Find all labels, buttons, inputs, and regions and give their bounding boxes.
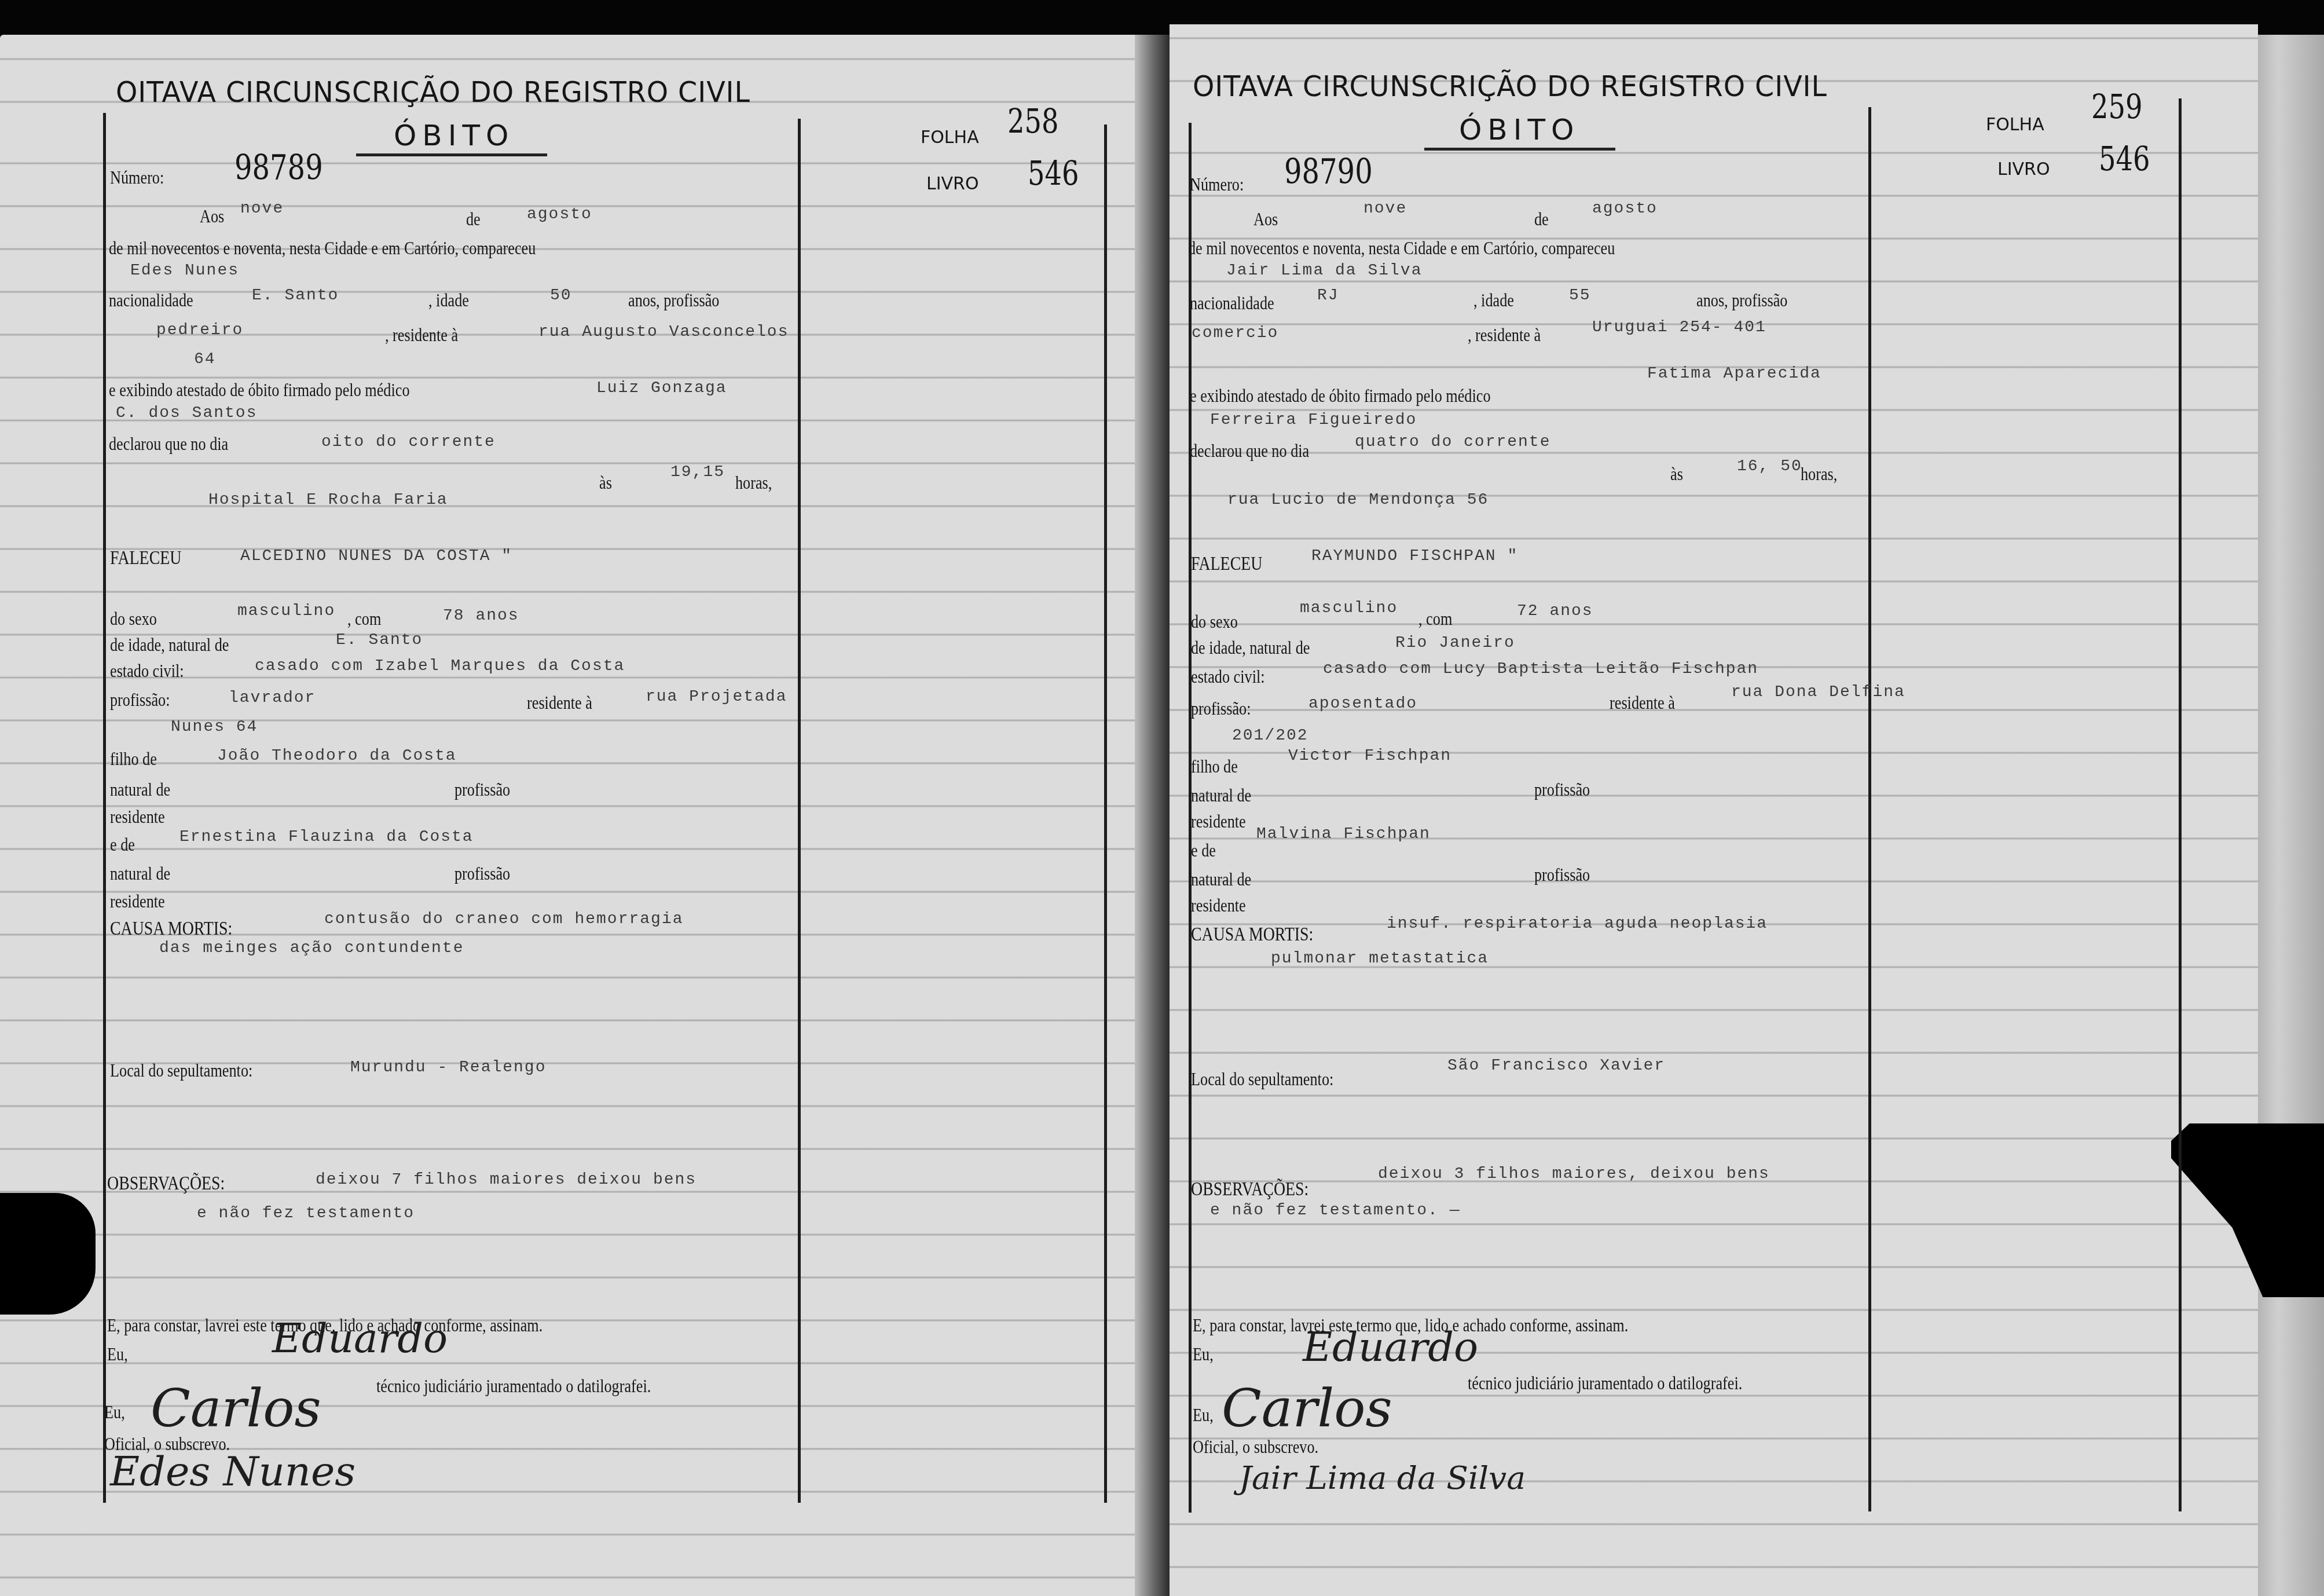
profissao-falecido-value: aposentado [1308, 695, 1417, 713]
declarant-value: Edes Nunes [130, 262, 239, 280]
declarant-signature: Jair Lima da Silva [1239, 1459, 1526, 1496]
faleceu-label: FALECEU [1191, 553, 1262, 575]
eu-label-1: Eu, [1193, 1344, 1214, 1365]
book-gutter [1135, 35, 1170, 1596]
horas-label: horas, [1801, 463, 1837, 485]
mae-natural-label: natural de [1191, 869, 1251, 890]
atestado-label: e exibindo atestado de óbito firmado pel… [1190, 385, 1491, 407]
profissao-value: pedreiro [156, 321, 243, 339]
naturalidade-value: Rio Janeiro [1395, 634, 1515, 652]
declarant-value: Jair Lima da Silva [1226, 262, 1422, 280]
year-line: de mil novecentos e noventa, nesta Cidad… [1188, 237, 1615, 259]
profissao-falecido-label: profissão: [1191, 698, 1251, 719]
naturalidade-value: E. Santo [336, 631, 423, 649]
left-column-rule [798, 119, 801, 1503]
dia-obito-value: oito do corrente [321, 433, 496, 451]
filho-de-label: filho de [1191, 756, 1238, 777]
right-outer-rule [2179, 98, 2182, 1511]
day-value: nove [240, 200, 284, 218]
mae-value: Malvina Fischpan [1256, 825, 1431, 843]
e-de-label: e de [1191, 840, 1216, 861]
numero-label: Número: [1190, 174, 1244, 195]
anos-profissao-label: anos, profissão [628, 290, 719, 311]
pai-residente-label: residente [110, 806, 165, 828]
pai-natural-label: natural de [110, 779, 170, 800]
typist-signature: Eduardo [1303, 1323, 1478, 1371]
profissao-falecido-label: profissão: [110, 689, 170, 711]
sepultamento-label: Local do sepultamento: [110, 1060, 252, 1081]
aos-label: Aos [1253, 208, 1278, 230]
residencia-value: rua Augusto Vasconcelos [538, 323, 789, 341]
anos-profissao-label: anos, profissão [1696, 290, 1787, 311]
mae-natural-label: natural de [110, 863, 170, 884]
oficial-text: Oficial, o subscrevo. [1193, 1436, 1318, 1458]
faleceu-label: FALECEU [110, 547, 181, 569]
typist-signature: Eduardo [272, 1315, 448, 1362]
observacoes-label: OBSERVAÇÕES: [1191, 1178, 1308, 1200]
mae-value: Ernestina Flauzina da Costa [179, 828, 474, 846]
residencia-falecido-value: rua Dona Delfina [1731, 683, 1905, 701]
profissao-value: comercio [1192, 324, 1278, 342]
title-underline [1424, 148, 1615, 151]
residente-label: , residente à [1468, 324, 1541, 346]
com-label: , com [1418, 608, 1452, 629]
obs-value-2: e não fez testamento [197, 1205, 415, 1222]
causa-value-1: contusão do craneo com hemorragia [324, 910, 684, 928]
title-underline [356, 153, 547, 156]
right-column-rule [1868, 107, 1871, 1511]
sexo-value: masculino [1300, 599, 1398, 617]
residencia-value: Uruguai 254- 401 [1592, 319, 1766, 336]
sepultamento-label: Local do sepultamento: [1191, 1068, 1333, 1090]
idade-label: , idade [1473, 290, 1514, 311]
header-title: OITAVA CIRCUNSCRIÇÃO DO REGISTRO CIVIL [1193, 69, 1827, 103]
e-de-label: e de [110, 834, 135, 855]
tecnico-text: técnico judiciário juramentado o datilog… [1468, 1372, 1742, 1394]
causa-mortis-label: CAUSA MORTIS: [1191, 924, 1313, 946]
eu-label-1: Eu, [107, 1344, 128, 1365]
obs-value-2: e não fez testamento. — [1210, 1202, 1460, 1220]
causa-value-1: insuf. respiratoria aguda neoplasia [1387, 915, 1768, 933]
record-number: 98789 [234, 148, 323, 188]
de-label: de [1534, 208, 1549, 230]
month-value: agosto [1592, 200, 1658, 218]
idade-falecido-value: 78 anos [443, 607, 519, 625]
natural-label: de idade, natural de [1191, 637, 1310, 658]
falecido-value: ALCEDINO NUNES DA COSTA " [240, 547, 512, 565]
record-number: 98790 [1284, 152, 1373, 192]
as-label: às [599, 472, 612, 493]
sexo-value: masculino [237, 602, 335, 620]
obito-title: ÓBITO [1459, 113, 1579, 147]
declarou-label: declarou que no dia [109, 433, 228, 455]
livro-number: 546 [1028, 153, 1079, 193]
numero-label: Número: [110, 167, 164, 188]
page-edge [2258, 35, 2324, 1596]
as-label: às [1670, 463, 1683, 485]
dia-obito-value: quatro do corrente [1355, 433, 1550, 451]
nacionalidade-value: E. Santo [252, 287, 339, 305]
month-value: agosto [527, 206, 592, 224]
causa-mortis-label: CAUSA MORTIS: [110, 918, 232, 940]
observacoes-label: OBSERVAÇÕES: [107, 1173, 225, 1195]
day-value: nove [1363, 200, 1407, 218]
causa-value-2: pulmonar metastatica [1271, 950, 1489, 968]
estado-civil-value: casado com Lucy Baptista Leitão Fischpan [1323, 660, 1758, 678]
mae-residente-label: residente [110, 891, 165, 912]
obito-title: ÓBITO [394, 119, 514, 152]
left-margin-rule [103, 113, 106, 1503]
eu-label-2: Eu, [104, 1401, 125, 1423]
estado-civil-value: casado com Izabel Marques da Costa [255, 657, 625, 675]
folha-number: 259 [2091, 87, 2143, 126]
aos-label: Aos [200, 206, 224, 227]
year-line: de mil novecentos e noventa, nesta Cidad… [109, 237, 536, 259]
livro-number: 546 [2099, 139, 2150, 178]
sexo-label: do sexo [1191, 611, 1238, 632]
pai-natural-label: natural de [1191, 785, 1251, 806]
de-label: de [466, 208, 481, 230]
sexo-label: do sexo [110, 608, 157, 629]
medico-value-1: Luiz Gonzaga [596, 379, 727, 397]
residencia-number: 64 [194, 350, 216, 368]
com-label: , com [347, 608, 381, 629]
left-thumb [0, 1193, 96, 1315]
pai-residente-label: residente [1191, 811, 1246, 832]
residencia-falecido-value-2: 201/202 [1232, 727, 1308, 745]
hora-value: 19,15 [670, 463, 725, 481]
official-signature: Carlos [1222, 1378, 1392, 1439]
folha-number: 258 [1007, 101, 1059, 141]
mae-profissao-label: profissão [1534, 864, 1590, 885]
hora-value: 16, 50 [1737, 457, 1802, 475]
nacionalidade-value: RJ [1317, 287, 1339, 305]
local-obito-value: rua Lucio de Mendonça 56 [1227, 491, 1489, 509]
mae-residente-label: residente [1191, 895, 1246, 916]
estado-civil-label: estado civil: [110, 660, 184, 682]
declarant-signature: Edes Nunes [110, 1448, 355, 1495]
folha-label: FOLHA [921, 127, 979, 148]
medico-value-2: C. dos Santos [116, 404, 257, 422]
declarou-label: declarou que no dia [1190, 440, 1309, 462]
obs-value-1: deixou 3 filhos maiores, deixou bens [1378, 1165, 1770, 1183]
estado-civil-label: estado civil: [1191, 666, 1265, 687]
sepultamento-value: Murundu - Realengo [350, 1059, 546, 1077]
causa-value-2: das meinges ação contundente [159, 939, 464, 957]
falecido-value: RAYMUNDO FISCHPAN " [1311, 547, 1518, 565]
idade-label: , idade [428, 290, 469, 311]
left-outer-rule [1104, 125, 1107, 1503]
obs-value-1: deixou 7 filhos maiores deixou bens [316, 1171, 697, 1189]
official-signature: Carlos [151, 1378, 321, 1439]
medico-value-2: Ferreira Figueiredo [1210, 411, 1417, 429]
medico-value-1: Fatima Aparecida [1647, 365, 1821, 383]
nacionalidade-label: nacionalidade [109, 290, 193, 311]
sepultamento-value: São Francisco Xavier [1447, 1057, 1665, 1075]
horas-label: horas, [735, 472, 772, 493]
pai-profissao-label: profissão [1534, 779, 1590, 800]
residente-falecido-label: residente à [1610, 692, 1675, 713]
idade-value: 50 [550, 287, 572, 305]
pai-profissao-label: profissão [454, 779, 510, 800]
filho-de-label: filho de [110, 748, 157, 770]
nacionalidade-label: nacionalidade [1190, 292, 1274, 314]
idade-value: 55 [1569, 287, 1591, 305]
livro-label: LIVRO [926, 174, 979, 194]
pai-value: João Theodoro da Costa [217, 747, 457, 765]
tecnico-text: técnico judiciário juramentado o datilog… [376, 1375, 651, 1397]
pai-value: Victor Fischpan [1288, 747, 1451, 765]
profissao-falecido-value: lavrador [229, 689, 316, 707]
atestado-label: e exibindo atestado de óbito firmado pel… [109, 379, 410, 401]
header-title: OITAVA CIRCUNSCRIÇÃO DO REGISTRO CIVIL [116, 75, 750, 109]
residente-label: , residente à [385, 324, 458, 346]
livro-label: LIVRO [1997, 159, 2050, 180]
residencia-falecido-value-2: Nunes 64 [171, 718, 258, 736]
natural-label: de idade, natural de [110, 634, 229, 656]
idade-falecido-value: 72 anos [1517, 602, 1593, 620]
residente-falecido-label: residente à [527, 692, 592, 713]
folha-label: FOLHA [1986, 115, 2044, 135]
local-obito-value: Hospital E Rocha Faria [208, 491, 448, 509]
residencia-falecido-value: rua Projetada [646, 688, 787, 706]
mae-profissao-label: profissão [454, 863, 510, 884]
eu-label-2: Eu, [1193, 1404, 1214, 1426]
